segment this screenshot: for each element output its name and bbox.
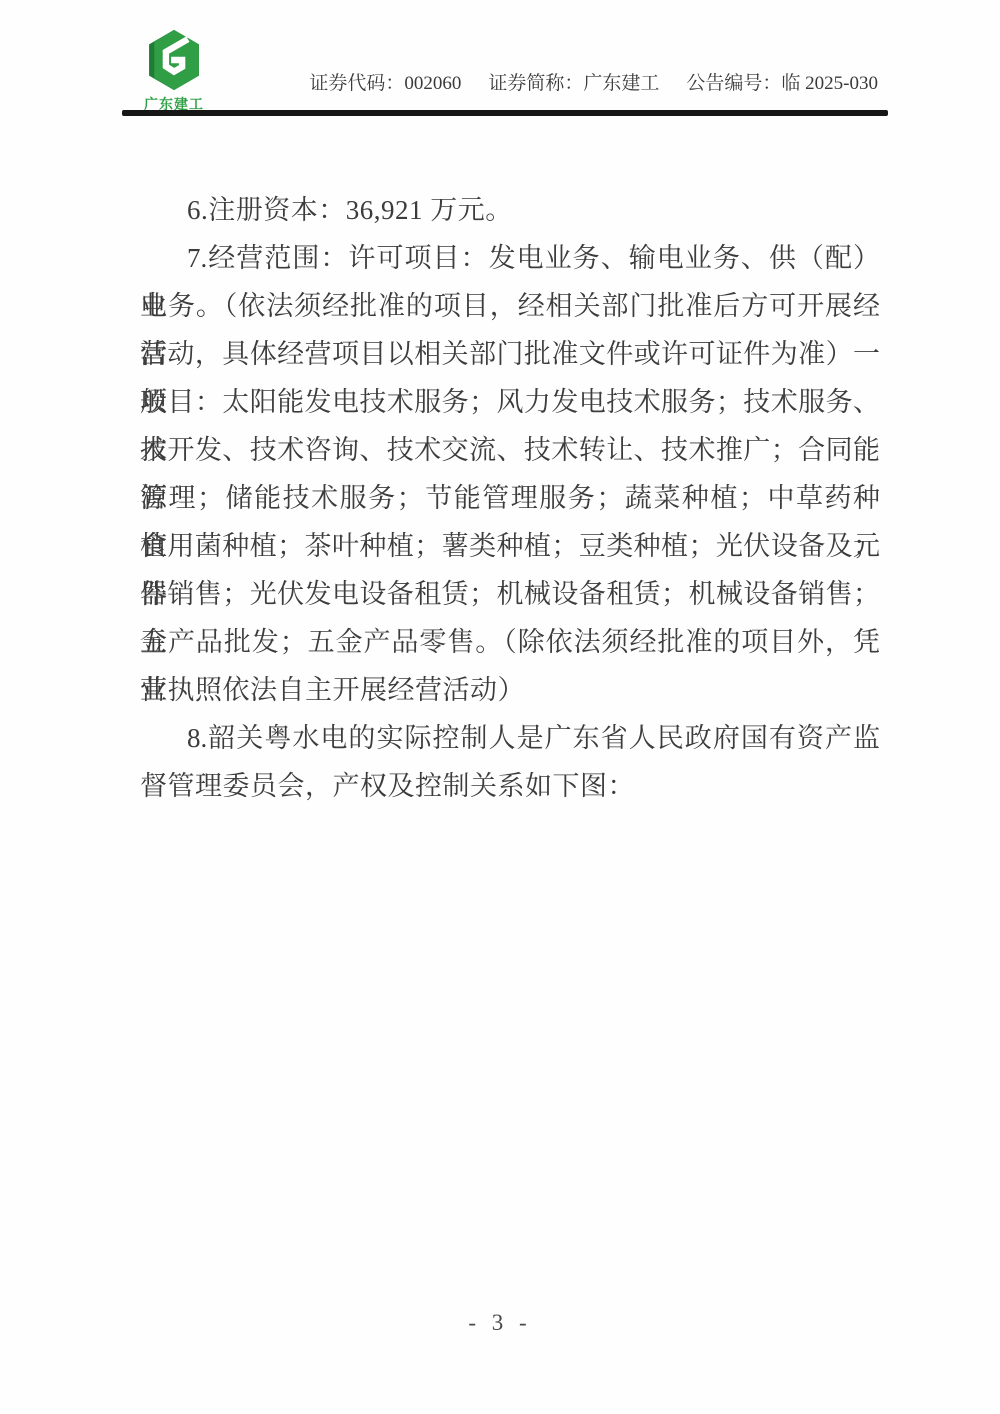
paragraph: 8.韶关粤水电的实际控制人是广东省人民政府国有资产监督管理委员会，产权及控制关系… [140,714,880,810]
paragraph: 6.注册资本：36,921 万元。 [140,186,880,234]
text-line: 业务。（依法须经批准的项目，经相关部门批准后方可开展经营 [140,282,880,330]
page-number: - 3 - [0,1310,1000,1336]
header-divider [122,110,888,116]
text-line: 8.韶关粤水电的实际控制人是广东省人民政府国有资产监 [140,714,880,762]
text-line: 术开发、技术咨询、技术交流、技术转让、技术推广；合同能源 [140,426,880,474]
company-logo: 广东建工 [143,28,205,114]
document-body: 6.注册资本：36,921 万元。7.经营范围：许可项目：发电业务、输电业务、供… [140,186,880,810]
stock-name: 证券简称：广东建工 [488,68,659,95]
announcement-number: 公告编号：临 2025-030 [686,68,878,95]
text-line: 食用菌种植；茶叶种植；薯类种植；豆类种植；光伏设备及元器 [140,522,880,570]
text-line: 6.注册资本：36,921 万元。 [140,186,880,234]
text-line: 督管理委员会，产权及控制关系如下图： [140,762,880,810]
stock-code: 证券代码：002060 [309,68,461,95]
text-line: 件销售；光伏发电设备租赁；机械设备租赁；机械设备销售；五 [140,570,880,618]
text-line: 项目：太阳能发电技术服务；风力发电技术服务；技术服务、技 [140,378,880,426]
paragraph: 7.经营范围：许可项目：发电业务、输电业务、供（配）电业务。（依法须经批准的项目… [140,234,880,714]
document-page: 广东建工 证券代码：002060 证券简称：广东建工 公告编号：临 2025-0… [0,0,1000,1414]
company-logo-icon [145,28,203,92]
text-line: 业执照依法自主开展经营活动） [140,666,880,714]
text-line: 金产品批发；五金产品零售。（除依法须经批准的项目外，凭营 [140,618,880,666]
text-line: 活动，具体经营项目以相关部门批准文件或许可证件为准）一般 [140,330,880,378]
text-line: 管理；储能技术服务；节能管理服务；蔬菜种植；中草药种植； [140,474,880,522]
text-line: 7.经营范围：许可项目：发电业务、输电业务、供（配）电 [140,234,880,282]
header-info: 证券代码：002060 证券简称：广东建工 公告编号：临 2025-030 [309,68,878,95]
